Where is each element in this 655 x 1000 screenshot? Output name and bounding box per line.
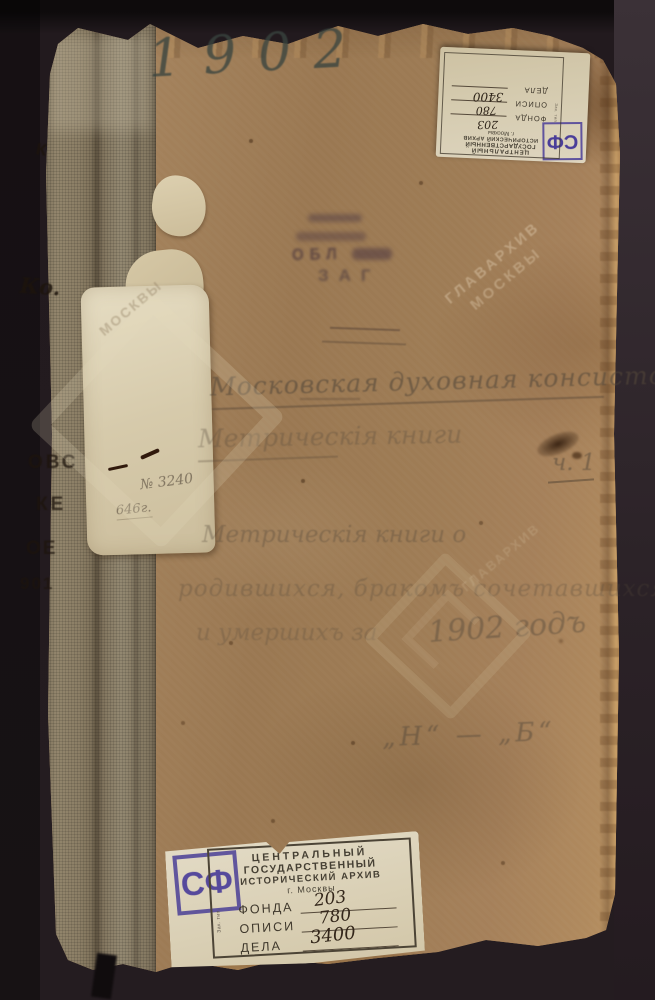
spine-mark: КЕ: [36, 494, 66, 516]
form-row-value: 3400: [473, 90, 504, 104]
faded-stamp-smudge: [296, 232, 366, 241]
archive-form-box: ЦЕНТРАЛЬНЫЙ ГОСУДАРСТВЕННЫЙ ИСТОРИЧЕСКИЙ…: [207, 837, 417, 958]
archive-label-top: СФ ЦЕНТРАЛЬНЫЙ ГОСУДАРСТВЕННЫЙ ИСТОРИЧЕС…: [436, 47, 591, 163]
faded-stamp-text: ЗАГ: [318, 266, 381, 286]
printers-imprint: Зак. тип.: [553, 103, 559, 124]
spine-mark: ОЕ: [26, 538, 57, 560]
form-row-value: 3400: [309, 923, 357, 949]
handwritten-body-line: и умершихъ за: [196, 620, 377, 646]
form-row-line: [452, 85, 508, 88]
handwritten-body-line: Метрическія книги о: [202, 522, 466, 548]
handwritten-body-line: родившихся, бракомъ сочетавшихся: [178, 576, 655, 602]
archive-form-box: ЦЕНТРАЛЬНЫЙ ГОСУДАРСТВЕННЫЙ ИСТОРИЧЕСКИЙ…: [440, 52, 564, 159]
spine-mark: ОВС: [28, 452, 79, 474]
handwritten-range-note: „Н“ — „Б“: [382, 717, 557, 753]
faded-stamp-text: ОБЛ: [292, 245, 343, 265]
form-row-label: ФОНДА: [238, 900, 294, 917]
spine-top-highlight: [48, 36, 152, 131]
handwritten-year: 1902: [147, 18, 370, 89]
printers-imprint: Зак. тип.: [215, 908, 222, 933]
ink-blot-stain: [572, 452, 582, 459]
form-row-label: ДЕЛА: [240, 939, 282, 955]
background-right-strip: [614, 0, 655, 1000]
photo-archival-book-cover: № 3240 646г. К Ко. ОВС КЕ ОЕ 901 ОБЛ ЗАГ…: [0, 0, 655, 1000]
spine-mark: 901: [20, 574, 54, 594]
faded-stamp-smudge: [308, 214, 362, 222]
spine-mark: К: [34, 139, 48, 161]
form-row-label: ОПИСИ: [239, 919, 295, 936]
handwritten-subtitle: Метрическія книги: [198, 420, 463, 454]
archive-label-bottom: СФ ЦЕНТРАЛЬНЫЙ ГОСУДАРСТВЕННЫЙ ИСТОРИЧЕС…: [165, 831, 426, 971]
faded-stamp-smudge: [352, 248, 392, 260]
speckles: [0, 0, 2, 2]
form-row-value: 203: [477, 118, 498, 131]
form-row-value: 780: [476, 104, 497, 117]
background-left-shadow: [0, 0, 40, 1000]
form-row-label: ДЕЛА: [523, 85, 547, 95]
pencil-note-number: 646г.: [115, 500, 152, 520]
spine-mark: Ко.: [19, 273, 61, 301]
